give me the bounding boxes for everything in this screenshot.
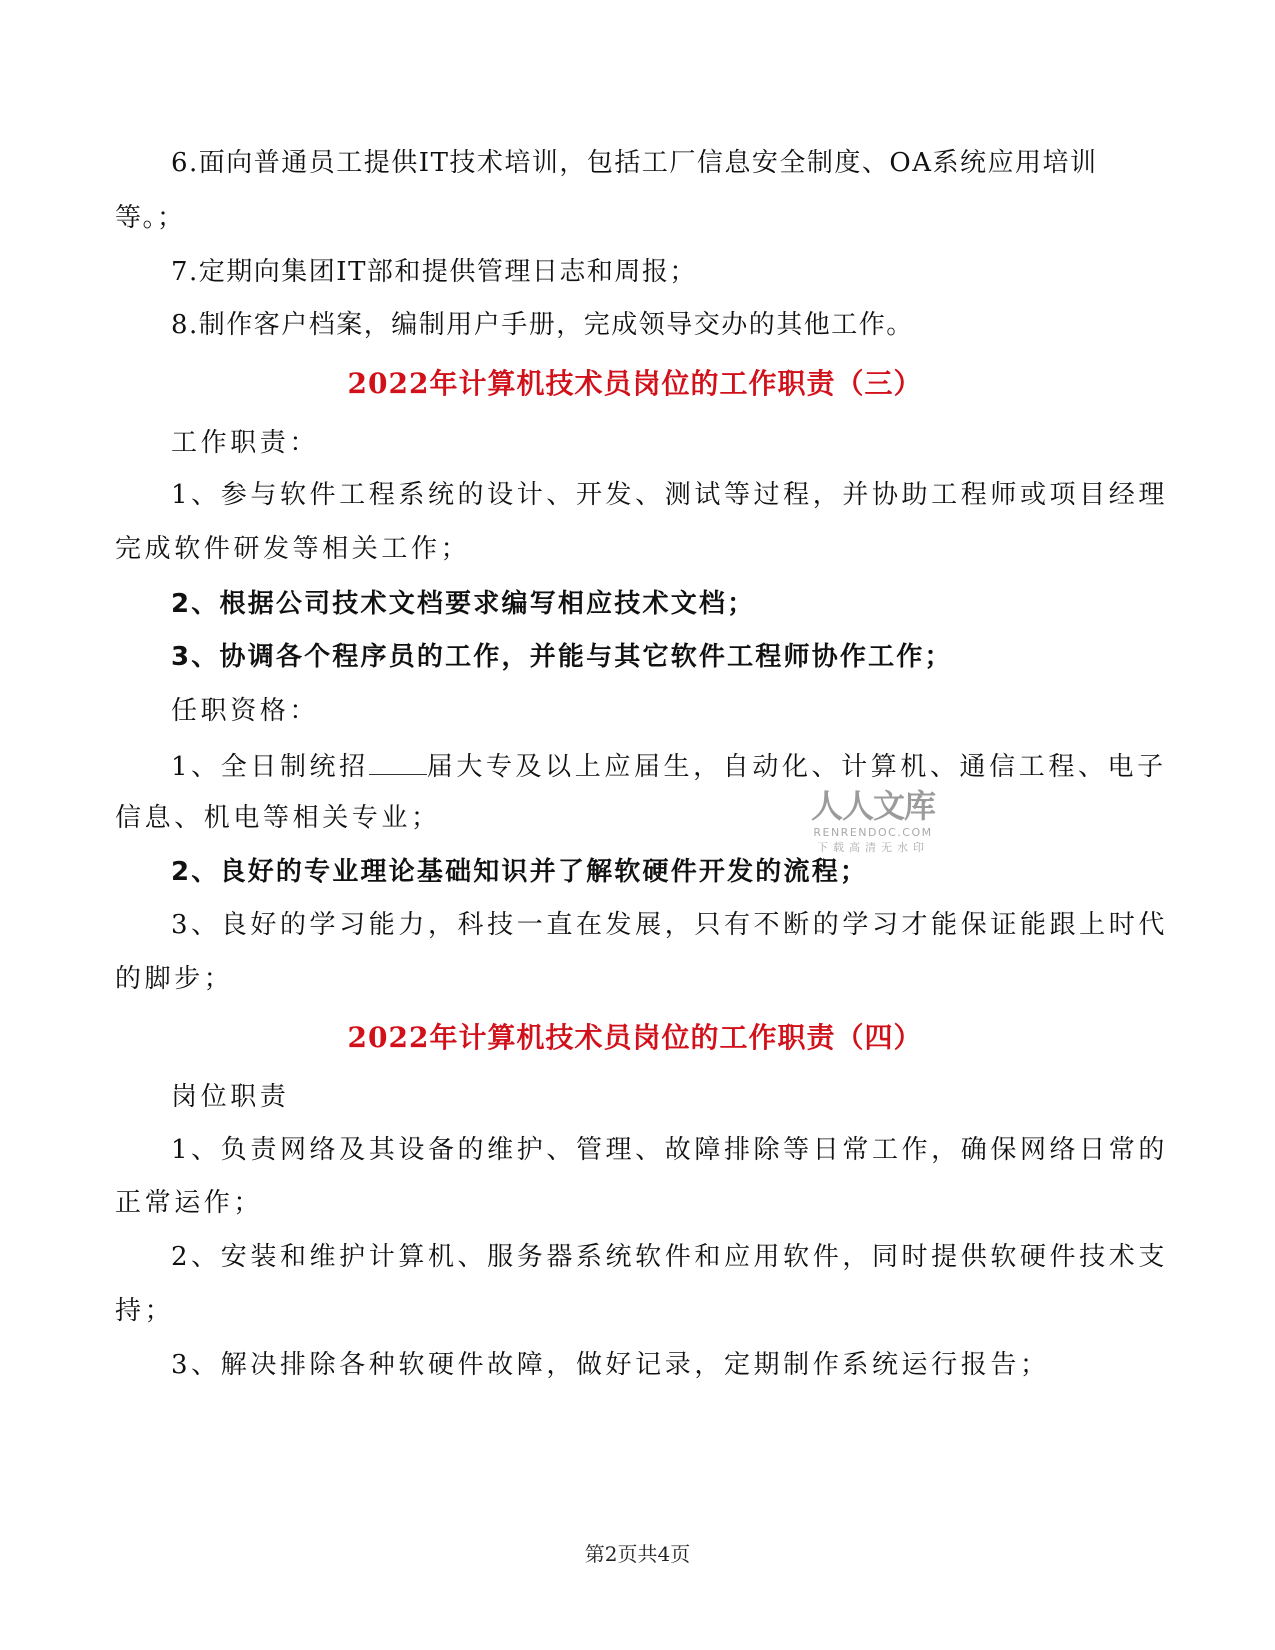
watermark-url: RENRENDOC.COM bbox=[808, 826, 938, 840]
section-4-title: 2022年计算机技术员岗位的工作职责（四） bbox=[115, 1018, 1155, 1058]
section-3-duties-label: 工作职责： bbox=[115, 426, 1211, 460]
qualification-1-prefix: 1、全日制统招 bbox=[171, 752, 369, 782]
list-item-8: 8.制作客户档案，编制用户手册，完成领导交办的其他工作。 bbox=[115, 308, 1211, 342]
watermark-brand: 人人文库 bbox=[808, 786, 938, 826]
section-3-duty-1-line1: 1、参与软件工程系统的设计、开发、测试等过程，并协助工程师或项目经理 bbox=[115, 478, 1211, 512]
section-3-qualification-1-line1: 1、全日制统招届大专及以上应届生，自动化、计算机、通信工程、电子 bbox=[115, 748, 1211, 782]
section-3-qualification-3-line1: 3、良好的学习能力，科技一直在发展，只有不断的学习才能保证能跟上时代 bbox=[115, 908, 1211, 942]
section-4-duty-1-line1: 1、负责网络及其设备的维护、管理、故障排除等日常工作，确保网络日常的 bbox=[115, 1133, 1211, 1167]
list-item-6-line1: 6.面向普通员工提供IT技术培训，包括工厂信息安全制度、OA系统应用培训 bbox=[115, 146, 1211, 180]
section-4-duty-1-line2: 正常运作； bbox=[115, 1186, 1155, 1220]
section-3-qualification-3-line2: 的脚步； bbox=[115, 962, 1155, 996]
section-4-duty-2-line2: 持； bbox=[115, 1294, 1155, 1328]
section-3-duty-2: 2、根据公司技术文档要求编写相应技术文档； bbox=[115, 587, 1211, 621]
section-3-qualification-2: 2、良好的专业理论基础知识并了解软硬件开发的流程； bbox=[115, 855, 1211, 889]
section-3-qualification-1-line2: 信息、机电等相关专业； bbox=[115, 801, 1155, 835]
fill-in-blank bbox=[369, 748, 427, 775]
section-3-duty-1-line2: 完成软件研发等相关工作； bbox=[115, 532, 1155, 566]
list-item-7: 7.定期向集团IT部和提供管理日志和周报； bbox=[115, 255, 1211, 289]
qualification-1-suffix: 届大专及以上应届生，自动化、计算机、通信工程、电子 bbox=[427, 752, 1167, 782]
section-4-duty-2-line1: 2、安装和维护计算机、服务器系统软件和应用软件，同时提供软硬件技术支 bbox=[115, 1240, 1211, 1274]
watermark-tagline: 下载高清无水印 bbox=[808, 840, 938, 856]
section-3-qualifications-label: 任职资格： bbox=[115, 694, 1211, 728]
watermark-logo: 人人文库 RENRENDOC.COM 下载高清无水印 bbox=[808, 786, 938, 856]
section-4-duties-label: 岗位职责 bbox=[115, 1080, 1211, 1114]
section-4-duty-3: 3、解决排除各种软硬件故障，做好记录，定期制作系统运行报告； bbox=[115, 1348, 1211, 1382]
page-number-footer: 第2页共4页 bbox=[0, 1540, 1275, 1568]
section-3-title: 2022年计算机技术员岗位的工作职责（三） bbox=[115, 364, 1155, 404]
section-3-duty-3: 3、协调各个程序员的工作，并能与其它软件工程师协作工作； bbox=[115, 640, 1211, 674]
list-item-6-line2: 等。； bbox=[115, 201, 1155, 235]
